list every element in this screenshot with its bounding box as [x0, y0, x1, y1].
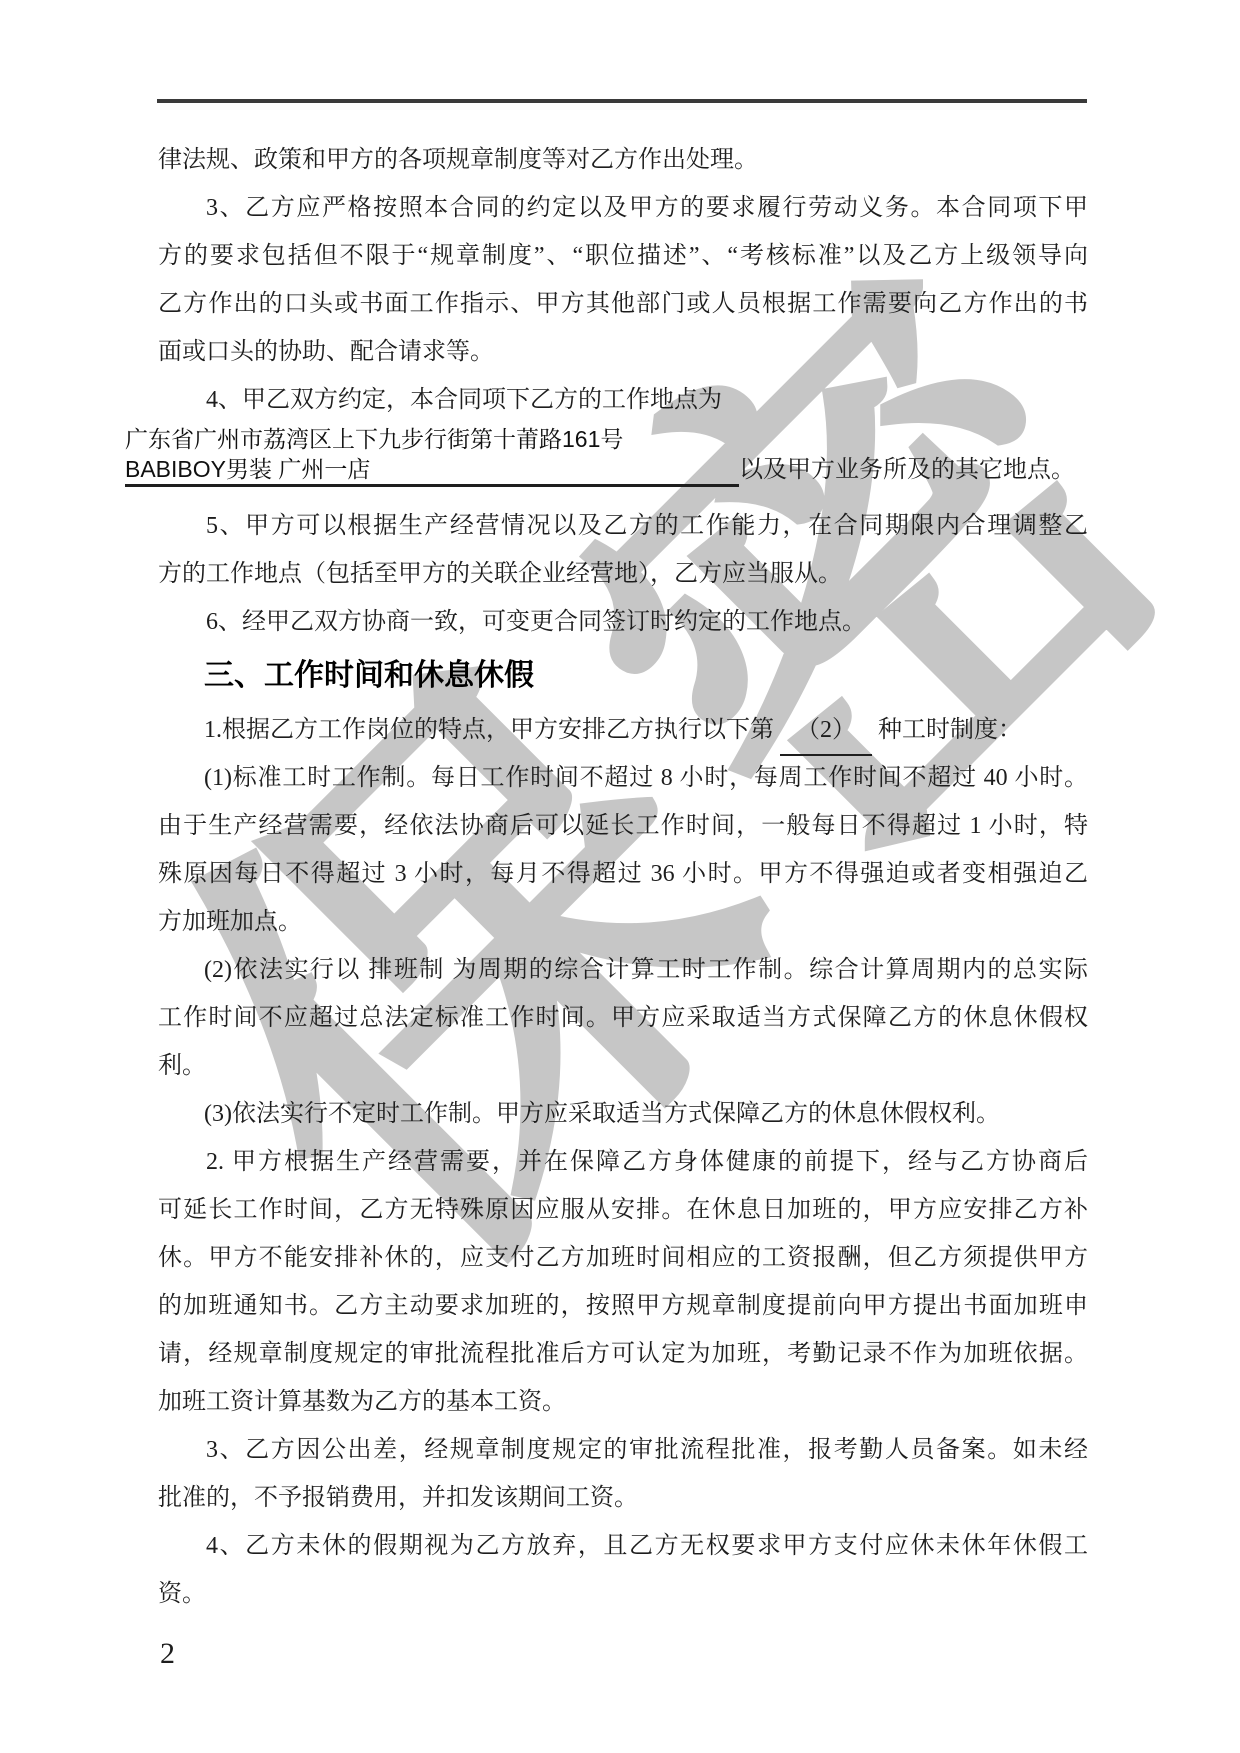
- body-line: 方加班加点。: [158, 898, 1088, 946]
- body-line: 方的要求包括但不限于“规章制度”、“职位描述”、“考核标准”以及乙方上级领导向: [158, 232, 1088, 280]
- inserted-address-line: 广东省广州市荔湾区上下九步行街第十莆路161号: [125, 424, 1088, 454]
- body-line: 1.根据乙方工作岗位的特点，甲方安排乙方执行以下第（2）种工时制度：: [158, 706, 1088, 754]
- body-line: 5、甲方可以根据生产经营情况以及乙方的工作能力，在合同期限内合理调整乙: [158, 502, 1088, 550]
- contract-page: 保密 律法规、政策和甲方的各项规章制度等对乙方作出处理。3、乙方应严格按照本合同…: [0, 0, 1240, 1753]
- body-line: 资。: [158, 1570, 1088, 1618]
- body-line: 4、甲乙双方约定，本合同项下乙方的工作地点为: [158, 376, 1088, 424]
- page-number: 2: [160, 1634, 175, 1674]
- section-heading: 三、工作时间和休息休假: [158, 646, 1088, 706]
- underlined-fill-in: BABIBOY男装 广州一店: [125, 454, 739, 487]
- header-rule: [157, 99, 1087, 103]
- body-text: 以及甲方业务所及的其它地点。: [739, 457, 1075, 483]
- body-line: 请，经规章制度规定的审批流程批准后方可认定为加班，考勤记录不作为加班依据。: [158, 1330, 1088, 1378]
- underlined-blank: （2）: [780, 706, 872, 756]
- body-line: 方的工作地点（包括至甲方的关联企业经营地），乙方应当服从。: [158, 550, 1088, 598]
- body-text: 种工时制度：: [878, 717, 1022, 743]
- body-line: (2)依法实行以 排班制 为周期的综合计算工时工作制。综合计算周期内的总实际: [158, 946, 1088, 994]
- body-line: 由于生产经营需要，经依法协商后可以延长工作时间，一般每日不得超过 1 小时，特: [158, 802, 1088, 850]
- body-line: 利。: [158, 1042, 1088, 1090]
- body-line: 殊原因每日不得超过 3 小时，每月不得超过 36 小时。甲方不得强迫或者变相强迫…: [158, 850, 1088, 898]
- body-line: 批准的，不予报销费用，并扣发该期间工资。: [158, 1474, 1088, 1522]
- body-line: 4、乙方未休的假期视为乙方放弃，且乙方无权要求甲方支付应休未休年休假工: [158, 1522, 1088, 1570]
- body-line: 休。甲方不能安排补休的，应支付乙方加班时间相应的工资报酬，但乙方须提供甲方: [158, 1234, 1088, 1282]
- body-line: 加班工资计算基数为乙方的基本工资。: [158, 1378, 1088, 1426]
- body-line: 律法规、政策和甲方的各项规章制度等对乙方作出处理。: [158, 136, 1088, 184]
- body-line: 3、乙方应严格按照本合同的约定以及甲方的要求履行劳动义务。本合同项下甲: [158, 184, 1088, 232]
- inserted-store-line: BABIBOY男装 广州一店以及甲方业务所及的其它地点。: [125, 454, 1088, 488]
- body-line: 乙方作出的口头或书面工作指示、甲方其他部门或人员根据工作需要向乙方作出的书: [158, 280, 1088, 328]
- body-line: 可延长工作时间，乙方无特殊原因应服从安排。在休息日加班的，甲方应安排乙方补: [158, 1186, 1088, 1234]
- body-line: (1)标准工时工作制。每日工作时间不超过 8 小时，每周工作时间不超过 40 小…: [158, 754, 1088, 802]
- body-line: 6、经甲乙双方协商一致，可变更合同签订时约定的工作地点。: [158, 598, 1088, 646]
- body-line: 面或口头的协助、配合请求等。: [158, 328, 1088, 376]
- body-line: 的加班通知书。乙方主动要求加班的，按照甲方规章制度提前向甲方提出书面加班申: [158, 1282, 1088, 1330]
- body-line: 工作时间不应超过总法定标准工作时间。甲方应采取适当方式保障乙方的休息休假权: [158, 994, 1088, 1042]
- body-line: (3)依法实行不定时工作制。甲方应采取适当方式保障乙方的休息休假权利。: [158, 1090, 1088, 1138]
- body-line: 2. 甲方根据生产经营需要，并在保障乙方身体健康的前提下，经与乙方协商后: [158, 1138, 1088, 1186]
- body-text: 1.根据乙方工作岗位的特点，甲方安排乙方执行以下第: [204, 717, 774, 743]
- text-block: 律法规、政策和甲方的各项规章制度等对乙方作出处理。3、乙方应严格按照本合同的约定…: [158, 136, 1088, 1618]
- body-line: 3、乙方因公出差，经规章制度规定的审批流程批准，报考勤人员备案。如未经: [158, 1426, 1088, 1474]
